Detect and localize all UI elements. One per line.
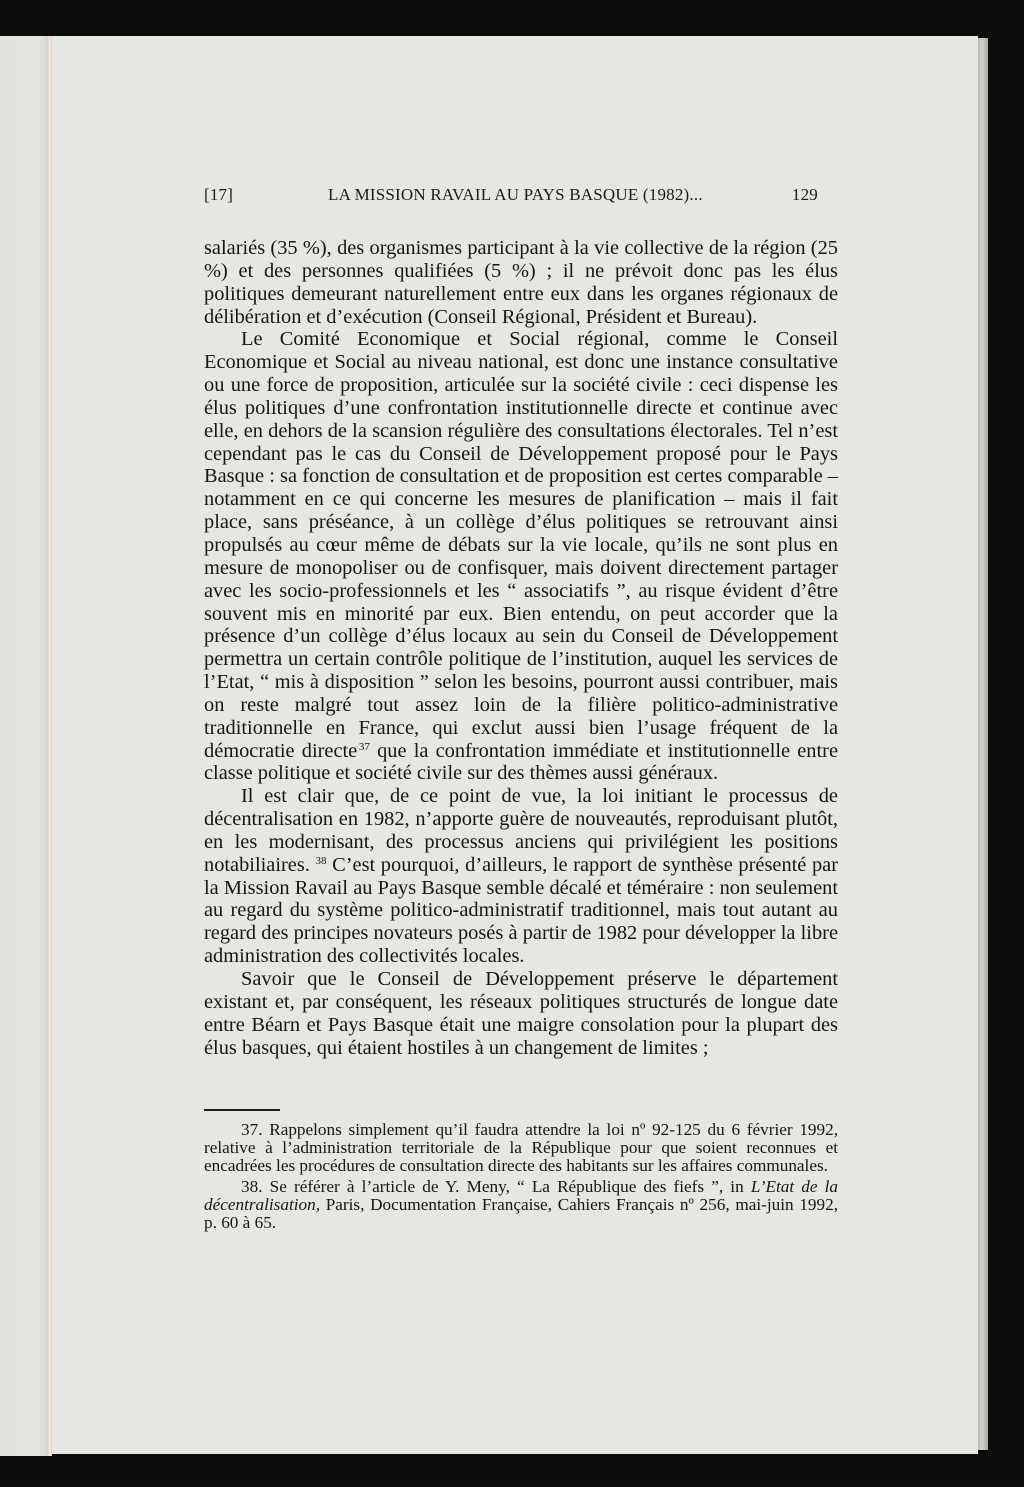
- footnote-ref-38[interactable]: 38: [316, 855, 327, 867]
- page-number: 129: [792, 185, 818, 205]
- section-number: [17]: [204, 185, 233, 205]
- paragraph-text: salariés (35 %), des organismes particip…: [204, 237, 838, 328]
- body-text: salariés (35 %), des organismes particip…: [204, 237, 838, 1059]
- footnote-text: Se référer à l’article de Y. Meny, “ La …: [262, 1177, 750, 1196]
- paragraph-3: Il est clair que, de ce point de vue, la…: [204, 785, 838, 968]
- page-stack-edge: [978, 38, 988, 1450]
- left-page-edge: [0, 36, 48, 1456]
- paragraph-text: Savoir que le Conseil de Développement p…: [204, 968, 838, 1059]
- paragraph-4: Savoir que le Conseil de Développement p…: [204, 968, 838, 1059]
- footnote-text: Rappelons simplement qu’il faudra attend…: [204, 1120, 838, 1175]
- paragraph-2: Le Comité Economique et Social régional,…: [204, 328, 838, 785]
- footnote-separator: [204, 1109, 280, 1111]
- footnote-37: 37. Rappelons simplement qu’il faudra at…: [204, 1121, 838, 1176]
- running-title: LA MISSION RAVAIL AU PAYS BASQUE (1982).…: [328, 185, 703, 205]
- footnote-number: 38.: [241, 1177, 262, 1196]
- footnote-ref-37[interactable]: 37: [359, 741, 370, 753]
- paragraph-text: Le Comité Economique et Social régional,…: [204, 328, 838, 761]
- footnotes: 37. Rappelons simplement qu’il faudra at…: [204, 1121, 838, 1234]
- paragraph-1: salariés (35 %), des organismes particip…: [204, 237, 838, 328]
- footnote-number: 37.: [241, 1120, 262, 1139]
- footnote-38: 38. Se référer à l’article de Y. Meny, “…: [204, 1178, 838, 1233]
- running-head: [17] LA MISSION RAVAIL AU PAYS BASQUE (1…: [204, 185, 838, 209]
